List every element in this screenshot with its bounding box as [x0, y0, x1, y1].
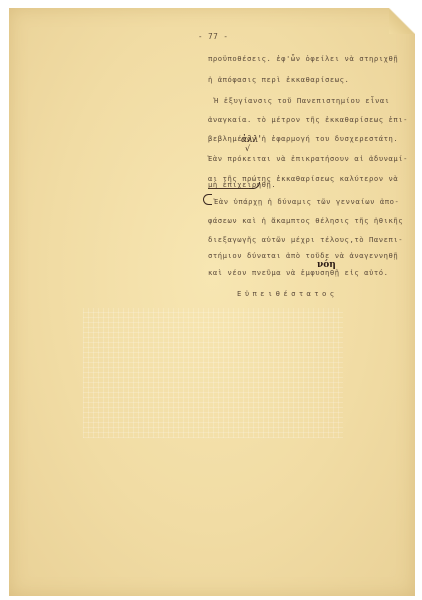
text-line: φάσεων καὶ ἡ ἄκαμπτος θέλησις τῆς ἠθικῆς — [208, 217, 403, 224]
handwritten-underline — [208, 188, 252, 189]
text-line: διεξαγωγῆς αὐτῶν μέχρι τέλους,τὸ Πανεπι- — [208, 236, 403, 243]
insertion-caret-mark: √ — [245, 145, 250, 153]
page-number: - 77 - — [198, 33, 228, 41]
closing-signature-line: Εὐπειθέστατος — [237, 290, 337, 297]
text-line: βεβλημένον ἡ ἐφαρμογή του δυσχερεστάτη. — [208, 135, 398, 142]
text-line: Ἐὰν ὑπάρχῃ ἡ δύναμις τῶν γενναίων ἀπο- — [214, 198, 399, 205]
text-line: Ἐὰν πρόκειται νὰ ἐπικρατήσουν αἱ ἀδυναμί… — [208, 155, 408, 162]
text-line: ἡ ἀπόφασις περὶ ἐκκαθαρίσεως. — [208, 76, 349, 83]
document-page: - 77 - προϋποθέσεις. ἐφ'ὧν ὀφείλει νὰ στ… — [9, 8, 415, 596]
handwritten-overwrite: νόη — [317, 261, 336, 270]
handwritten-insertion: ἀλλ' — [241, 136, 261, 145]
text-line: στήμιον δύναται ἀπὸ τοῦδε νὰ ἀναγεννηθῇ — [208, 252, 398, 259]
text-line: προϋποθέσεις. ἐφ'ὧν ὀφείλει νὰ στηριχθῇ — [208, 55, 398, 62]
text-line: Ἡ ἐξυγίανσις τοῦ Πανεπιστημίου εἶναι — [214, 97, 390, 104]
handwritten-bracket-mark — [203, 194, 212, 205]
text-line: καὶ νέον πνεῦμα νὰ ἐμφυσηθῇ εἰς αὐτό. — [208, 269, 388, 276]
text-line: ἀναγκαία. τὸ μέτρον τῆς ἐκκαθαρίσεως ἐπι… — [208, 116, 408, 123]
